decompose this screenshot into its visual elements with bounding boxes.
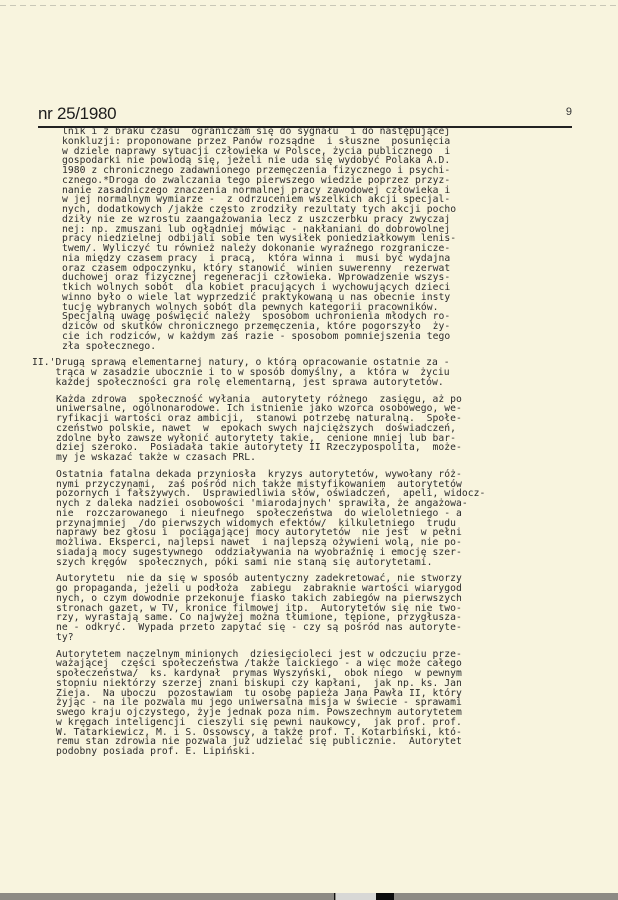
- paragraph-p5: Autorytetu nie da się w sposób autentycz…: [56, 574, 576, 642]
- text-line: każdej społeczności gra rolę elementarną…: [32, 378, 576, 388]
- text-line: ty?: [56, 633, 576, 643]
- text-line: zła społecznego.: [62, 342, 576, 352]
- issue-number: nr 25/1980: [38, 104, 116, 124]
- paragraph-p6: Autorytetem naczelnym minionych dziesięc…: [56, 650, 576, 757]
- scan-bottom-edge: [0, 893, 618, 900]
- paragraph-section-ii: II.'Drugą sprawą elementarnej natury, o …: [32, 358, 576, 387]
- paragraph-p3: Każda zdrowa społeczność wyłania autoryt…: [56, 395, 576, 463]
- paragraph-p1-continuation: lnik i z braku czasu ograniczam się do s…: [62, 127, 576, 351]
- text-line: szych kręgów społecznych, póki sami nie …: [56, 558, 576, 568]
- text-line: podobny posiada prof. E. Lipiński.: [56, 747, 576, 757]
- text-line: ne - odkryć. Wypada przeto zapytać się -…: [56, 623, 576, 633]
- document-body: lnik i z braku czasu ograniczam się do s…: [62, 127, 576, 757]
- page-number: 9: [566, 106, 572, 118]
- document-page: nr 25/1980 9 lnik i z braku czasu ograni…: [0, 0, 618, 893]
- text-line: my je wskazać także w czasach PRL.: [56, 453, 576, 463]
- page-header: nr 25/1980 9: [38, 104, 572, 128]
- scan-top-edge: [0, 5, 618, 6]
- paragraph-p4: Ostatnia fatalna dekada przyniosła kryzy…: [56, 470, 576, 568]
